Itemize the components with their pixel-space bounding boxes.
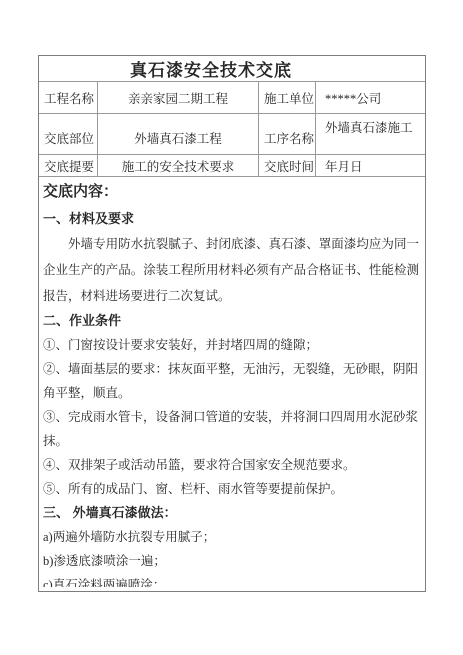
construction-unit-label: 施工单位 bbox=[259, 82, 316, 113]
project-name-value: 亲亲家园二期工程 bbox=[98, 82, 259, 113]
disclosure-summary-label: 交底提要 bbox=[39, 155, 98, 176]
disclosure-time-value: 年月日 bbox=[316, 155, 425, 176]
title-row: 真石漆安全技术交底 bbox=[39, 56, 425, 82]
disclosure-summary-value: 施工的安全技术要求 bbox=[98, 155, 259, 176]
method-step-a: a)两遍外墙防水抗裂专用腻子； bbox=[43, 525, 419, 549]
table-row-summary: 交底提要 施工的安全技术要求 交底时间 年月日 bbox=[39, 155, 425, 177]
disclosure-table: 真石漆安全技术交底 工程名称 亲亲家园二期工程 施工单位 *****公司 交底部… bbox=[38, 55, 426, 592]
construction-unit-value: *****公司 bbox=[316, 82, 425, 113]
method-step-c: c)真石涂料两遍喷涂； bbox=[43, 573, 419, 587]
process-name-value: 外墙真石漆施工 bbox=[316, 114, 425, 154]
section-heading-materials: 一、材料及要求 bbox=[43, 207, 419, 231]
document-title: 真石漆安全技术交底 bbox=[130, 56, 334, 81]
condition-item-5: ⑤、所有的成品门、窗、栏杆、雨水管等要提前保护。 bbox=[43, 477, 419, 501]
disclosure-part-value: 外墙真石漆工程 bbox=[98, 114, 259, 154]
content-heading: 交底内容： bbox=[43, 181, 419, 202]
section-heading-method: 三、 外墙真石漆做法： bbox=[43, 501, 419, 525]
method-step-b: b)渗透底漆喷涂一遍； bbox=[43, 549, 419, 573]
condition-item-3: ③、完成雨水管卡，设备洞口管道的安装，并将洞口四周用水泥砂浆抹。 bbox=[43, 405, 419, 453]
table-row-project: 工程名称 亲亲家园二期工程 施工单位 *****公司 bbox=[39, 82, 425, 114]
disclosure-time-label: 交底时间 bbox=[259, 155, 316, 176]
condition-item-1: ①、门窗按设计要求安装好，并封堵四周的缝隙； bbox=[43, 333, 419, 357]
section-heading-conditions: 二、作业条件 bbox=[43, 309, 419, 333]
condition-item-2: ②、墙面基层的要求：抹灰面平整，无油污，无裂缝，无砂眼，阴阳角平整，顺直。 bbox=[43, 357, 419, 405]
project-name-label: 工程名称 bbox=[39, 82, 98, 113]
disclosure-content: 交底内容： 一、材料及要求 外墙专用防水抗裂腻子、封闭底漆、真石漆、罩面漆均应为… bbox=[39, 177, 425, 587]
table-row-location: 交底部位 外墙真石漆工程 工序名称 外墙真石漆施工 bbox=[39, 114, 425, 155]
document-page: 真石漆安全技术交底 工程名称 亲亲家园二期工程 施工单位 *****公司 交底部… bbox=[0, 0, 463, 655]
condition-item-4: ④、双排架子或活动吊篮，要求符合国家安全规范要求。 bbox=[43, 453, 419, 477]
disclosure-part-label: 交底部位 bbox=[39, 114, 98, 154]
materials-paragraph: 外墙专用防水抗裂腻子、封闭底漆、真石漆、罩面漆均应为同一企业生产的产品。涂装工程… bbox=[43, 231, 419, 309]
process-name-label: 工序名称 bbox=[259, 114, 316, 154]
